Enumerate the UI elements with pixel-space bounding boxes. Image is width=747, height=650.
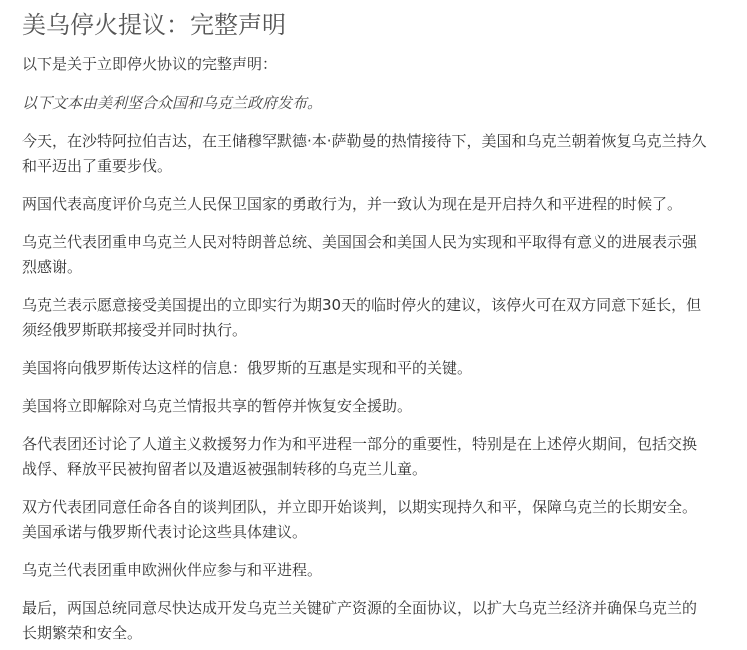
paragraph-gratitude: 乌克兰代表团重申乌克兰人民对特朗普总统、美国国会和美国人民为实现和平取得有意义的… bbox=[22, 230, 707, 280]
paragraph-humanitarian: 各代表团还讨论了人道主义救援努力作为和平进程一部分的重要性，特别是在上述停火期间… bbox=[22, 432, 707, 482]
paragraph-praise-bravery: 两国代表高度评价乌克兰人民保卫国家的勇敢行为，并一致认为现在是开启持久和平进程的… bbox=[22, 192, 707, 217]
article: 美乌停火提议：完整声明 以下是关于立即停火协议的完整声明： 以下文本由美利坚合众… bbox=[0, 0, 747, 646]
paragraph-intel-sharing: 美国将立即解除对乌克兰情报共享的暂停并恢复安全援助。 bbox=[22, 394, 707, 419]
source-note: 以下文本由美利坚合众国和乌克兰政府发布。 bbox=[22, 91, 707, 116]
paragraph-ceasefire-proposal: 乌克兰表示愿意接受美国提出的立即实行为期30天的临时停火的建议，该停火可在双方同… bbox=[22, 293, 707, 343]
paragraph-minerals-agreement: 最后，两国总统同意尽快达成开发乌克兰关键矿产资源的全面协议，以扩大乌克兰经济并确… bbox=[22, 596, 707, 646]
paragraph-jeddah-meeting: 今天，在沙特阿拉伯吉达，在王储穆罕默德·本·萨勒曼的热情接待下，美国和乌克兰朝着… bbox=[22, 129, 707, 179]
paragraph-european-partners: 乌克兰代表团重申欧洲伙伴应参与和平进程。 bbox=[22, 558, 707, 583]
article-title: 美乌停火提议：完整声明 bbox=[22, 8, 707, 42]
article-intro: 以下是关于立即停火协议的完整声明： bbox=[22, 52, 707, 77]
paragraph-negotiation-teams: 双方代表团同意任命各自的谈判团队，并立即开始谈判，以期实现持久和平，保障乌克兰的… bbox=[22, 495, 707, 545]
paragraph-russia-reciprocity: 美国将向俄罗斯传达这样的信息：俄罗斯的互惠是实现和平的关键。 bbox=[22, 356, 707, 381]
